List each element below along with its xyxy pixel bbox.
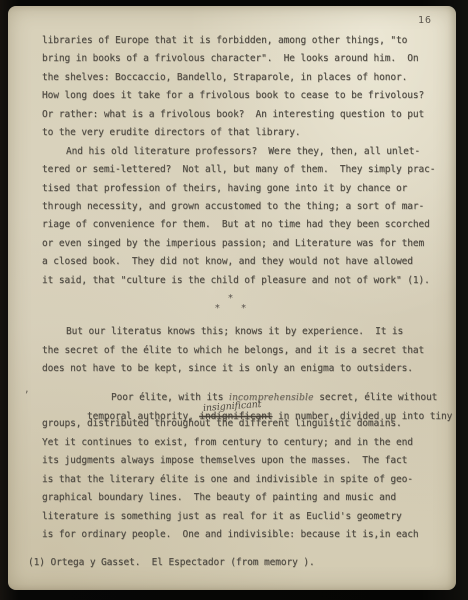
paragraph-4-rest: groups, distributed throughout the diffe… bbox=[42, 418, 446, 547]
section-separator: * * * bbox=[30, 293, 434, 326]
manuscript-page: 16 libraries of Europe that it is forbid… bbox=[8, 6, 456, 590]
body-text: libraries of Europe that it is forbidden… bbox=[42, 35, 446, 575]
typed-line: How long does it take for a frivolous bo… bbox=[42, 90, 446, 108]
typed-line: Or rather: what is a frivolous book? An … bbox=[42, 109, 446, 127]
typed-line: it said, that "culture is the child of p… bbox=[42, 275, 446, 293]
typed-line: to the very erudite directors of that li… bbox=[42, 127, 446, 145]
typed-line: does not have to be kept, since it is on… bbox=[42, 363, 446, 381]
typed-line: riage of convenience for them. But at no… bbox=[42, 219, 446, 237]
typed-line: groups, distributed throughout the diffe… bbox=[42, 418, 446, 436]
typed-line: is for ordinary people. One and indivisi… bbox=[42, 529, 446, 547]
paragraph-4: ,Poor élite, with its incomprehensible s… bbox=[42, 381, 446, 547]
page-number: 16 bbox=[418, 15, 432, 26]
typed-line: the shelves: Boccaccio, Bandello, Strapa… bbox=[42, 72, 446, 90]
paragraph-3: But our literatus knows this; knows it b… bbox=[42, 326, 446, 381]
typed-line: tised that profession of theirs, having … bbox=[42, 183, 446, 201]
typed-line: its judgments always impose themselves u… bbox=[42, 455, 446, 473]
typed-line: temporal authority, insignificantindigni… bbox=[42, 400, 446, 418]
typed-line: But our literatus knows this; knows it b… bbox=[42, 326, 446, 344]
typed-line: Yet it continues to exist, from century … bbox=[42, 437, 446, 455]
typed-line: literature is something just as real for… bbox=[42, 511, 446, 529]
typed-line: through necessity, and grown accustomed … bbox=[42, 201, 446, 219]
typed-line: bring in books of a frivolous character"… bbox=[42, 53, 446, 71]
paragraph-1: libraries of Europe that it is forbidden… bbox=[42, 35, 446, 146]
typed-line: ,Poor élite, with its incomprehensible s… bbox=[42, 381, 446, 399]
asterisk-bottom: * * bbox=[30, 304, 434, 314]
typed-line: is that the literary élite is one and in… bbox=[42, 474, 446, 492]
footnote: (1) Ortega y Gasset. El Espectador (from… bbox=[28, 557, 446, 575]
paragraph-2: And his old literature professors? Were … bbox=[42, 146, 446, 294]
typed-line: a closed book. They did not know, and th… bbox=[42, 256, 446, 274]
typed-line: tered or semi-lettered? Not all, but man… bbox=[42, 164, 446, 182]
typed-line: graphical boundary lines. The beauty of … bbox=[42, 492, 446, 510]
typed-line: And his old literature professors? Were … bbox=[42, 146, 446, 164]
typed-line: or even singed by the imperious passion;… bbox=[42, 238, 446, 256]
typed-line: the secret of the élite to which he belo… bbox=[42, 345, 446, 363]
stray-mark: , bbox=[24, 384, 30, 395]
typed-line: libraries of Europe that it is forbidden… bbox=[42, 35, 446, 53]
